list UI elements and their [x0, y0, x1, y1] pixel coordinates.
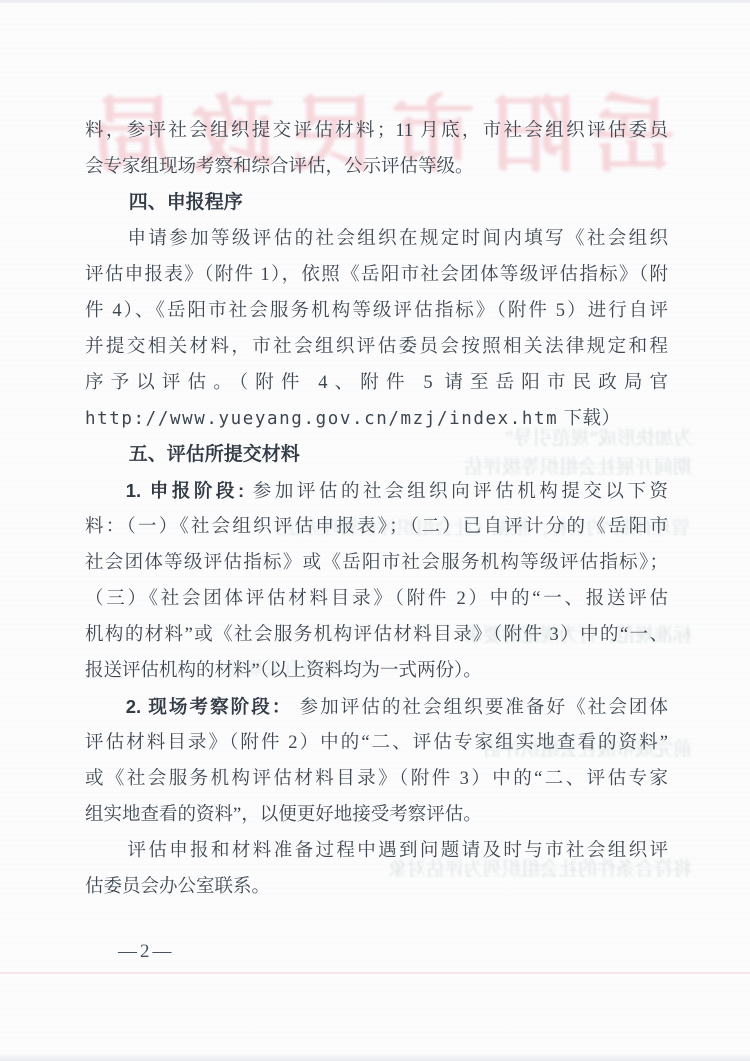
body-line: 估委员会办公室联系。: [85, 869, 668, 905]
page-number: —2—: [118, 941, 175, 963]
body-line: 社会团体等级评估指标》或《岳阳市社会服务机构等级评估指标》；: [85, 545, 668, 581]
body-line: 组实地查看的资料”，以便更好地接受考察评估。: [85, 797, 668, 833]
body-line: 或《社会服务机构评估材料目录》（附件 3）中的“二、评估专家: [85, 761, 668, 797]
stage2-text: 参加评估的社会组织要准备好《社会团体: [300, 698, 668, 718]
body-line: 申请参加等级评估的社会组织在规定时间内填写《社会组织: [85, 221, 668, 257]
scanned-document-page: 岳阳市民政局 为加快形成“规范引导” 期间开展社会组织等级评估 管理体制”的目标…: [0, 0, 750, 1061]
body-line: 料：（一）《社会组织评估申报表》；（二）已自评计分的《岳阳市: [85, 509, 668, 545]
body-line: 评估材料目录》（附件 2）中的“二、评估专家组实地查看的资料”: [85, 725, 668, 761]
scan-bottom-edge-artifact: [0, 1053, 750, 1061]
document-body: 料，参评社会组织提交评估材料；11 月底，市社会组织评估委员 会专家组现场考察和…: [85, 113, 668, 905]
download-url-suffix: 下载）: [558, 409, 620, 429]
body-line: 件 4）、《岳阳市社会服务机构等级评估指标》（附件 5）进行自评: [85, 293, 668, 329]
body-line: 会专家组现场考察和综合评估，公示评估等级。: [85, 149, 668, 185]
scan-top-edge-artifact: [0, 0, 750, 3]
body-line: 2. 现场考察阶段： 参加评估的社会组织要准备好《社会团体: [85, 689, 668, 725]
stage1-text: 参加评估的社会组织向评估机构提交以下资: [253, 482, 668, 502]
body-line: 序予以评估。（附件 4、附件 5 请至岳阳市民政局官: [85, 365, 668, 401]
download-url-line: http://www.yueyang.gov.cn/mzj/index.htm …: [85, 401, 668, 437]
scan-pink-line-artifact: [0, 972, 750, 974]
download-url: http://www.yueyang.gov.cn/mzj/index.htm: [85, 409, 558, 429]
stage1-label: 1. 申报阶段:: [126, 480, 253, 501]
body-line: 报送评估机构的材料”（以上资料均为一式两份）。: [85, 653, 668, 689]
body-line: （三）《社会团体评估材料目录》（附件 2）中的“一、报送评估: [85, 581, 668, 617]
section-heading-5: 五、评估所提交材料: [85, 437, 668, 473]
stage2-label: 2. 现场考察阶段：: [126, 696, 300, 717]
body-line: 评估申报表》（附件 1），依照《岳阳市社会团体等级评估指标》（附: [85, 257, 668, 293]
body-line: 料，参评社会组织提交评估材料；11 月底，市社会组织评估委员: [85, 113, 668, 149]
section-heading-4: 四、申报程序: [85, 185, 668, 221]
body-line: 并提交相关材料，市社会组织评估委员会按照相关法律规定和程: [85, 329, 668, 365]
body-line: 评估申报和材料准备过程中遇到问题请及时与市社会组织评: [85, 833, 668, 869]
body-line: 1. 申报阶段: 参加评估的社会组织向评估机构提交以下资: [85, 473, 668, 509]
body-line: 机构的材料”或《社会服务机构评估材料目录》（附件 3）中的“一、: [85, 617, 668, 653]
